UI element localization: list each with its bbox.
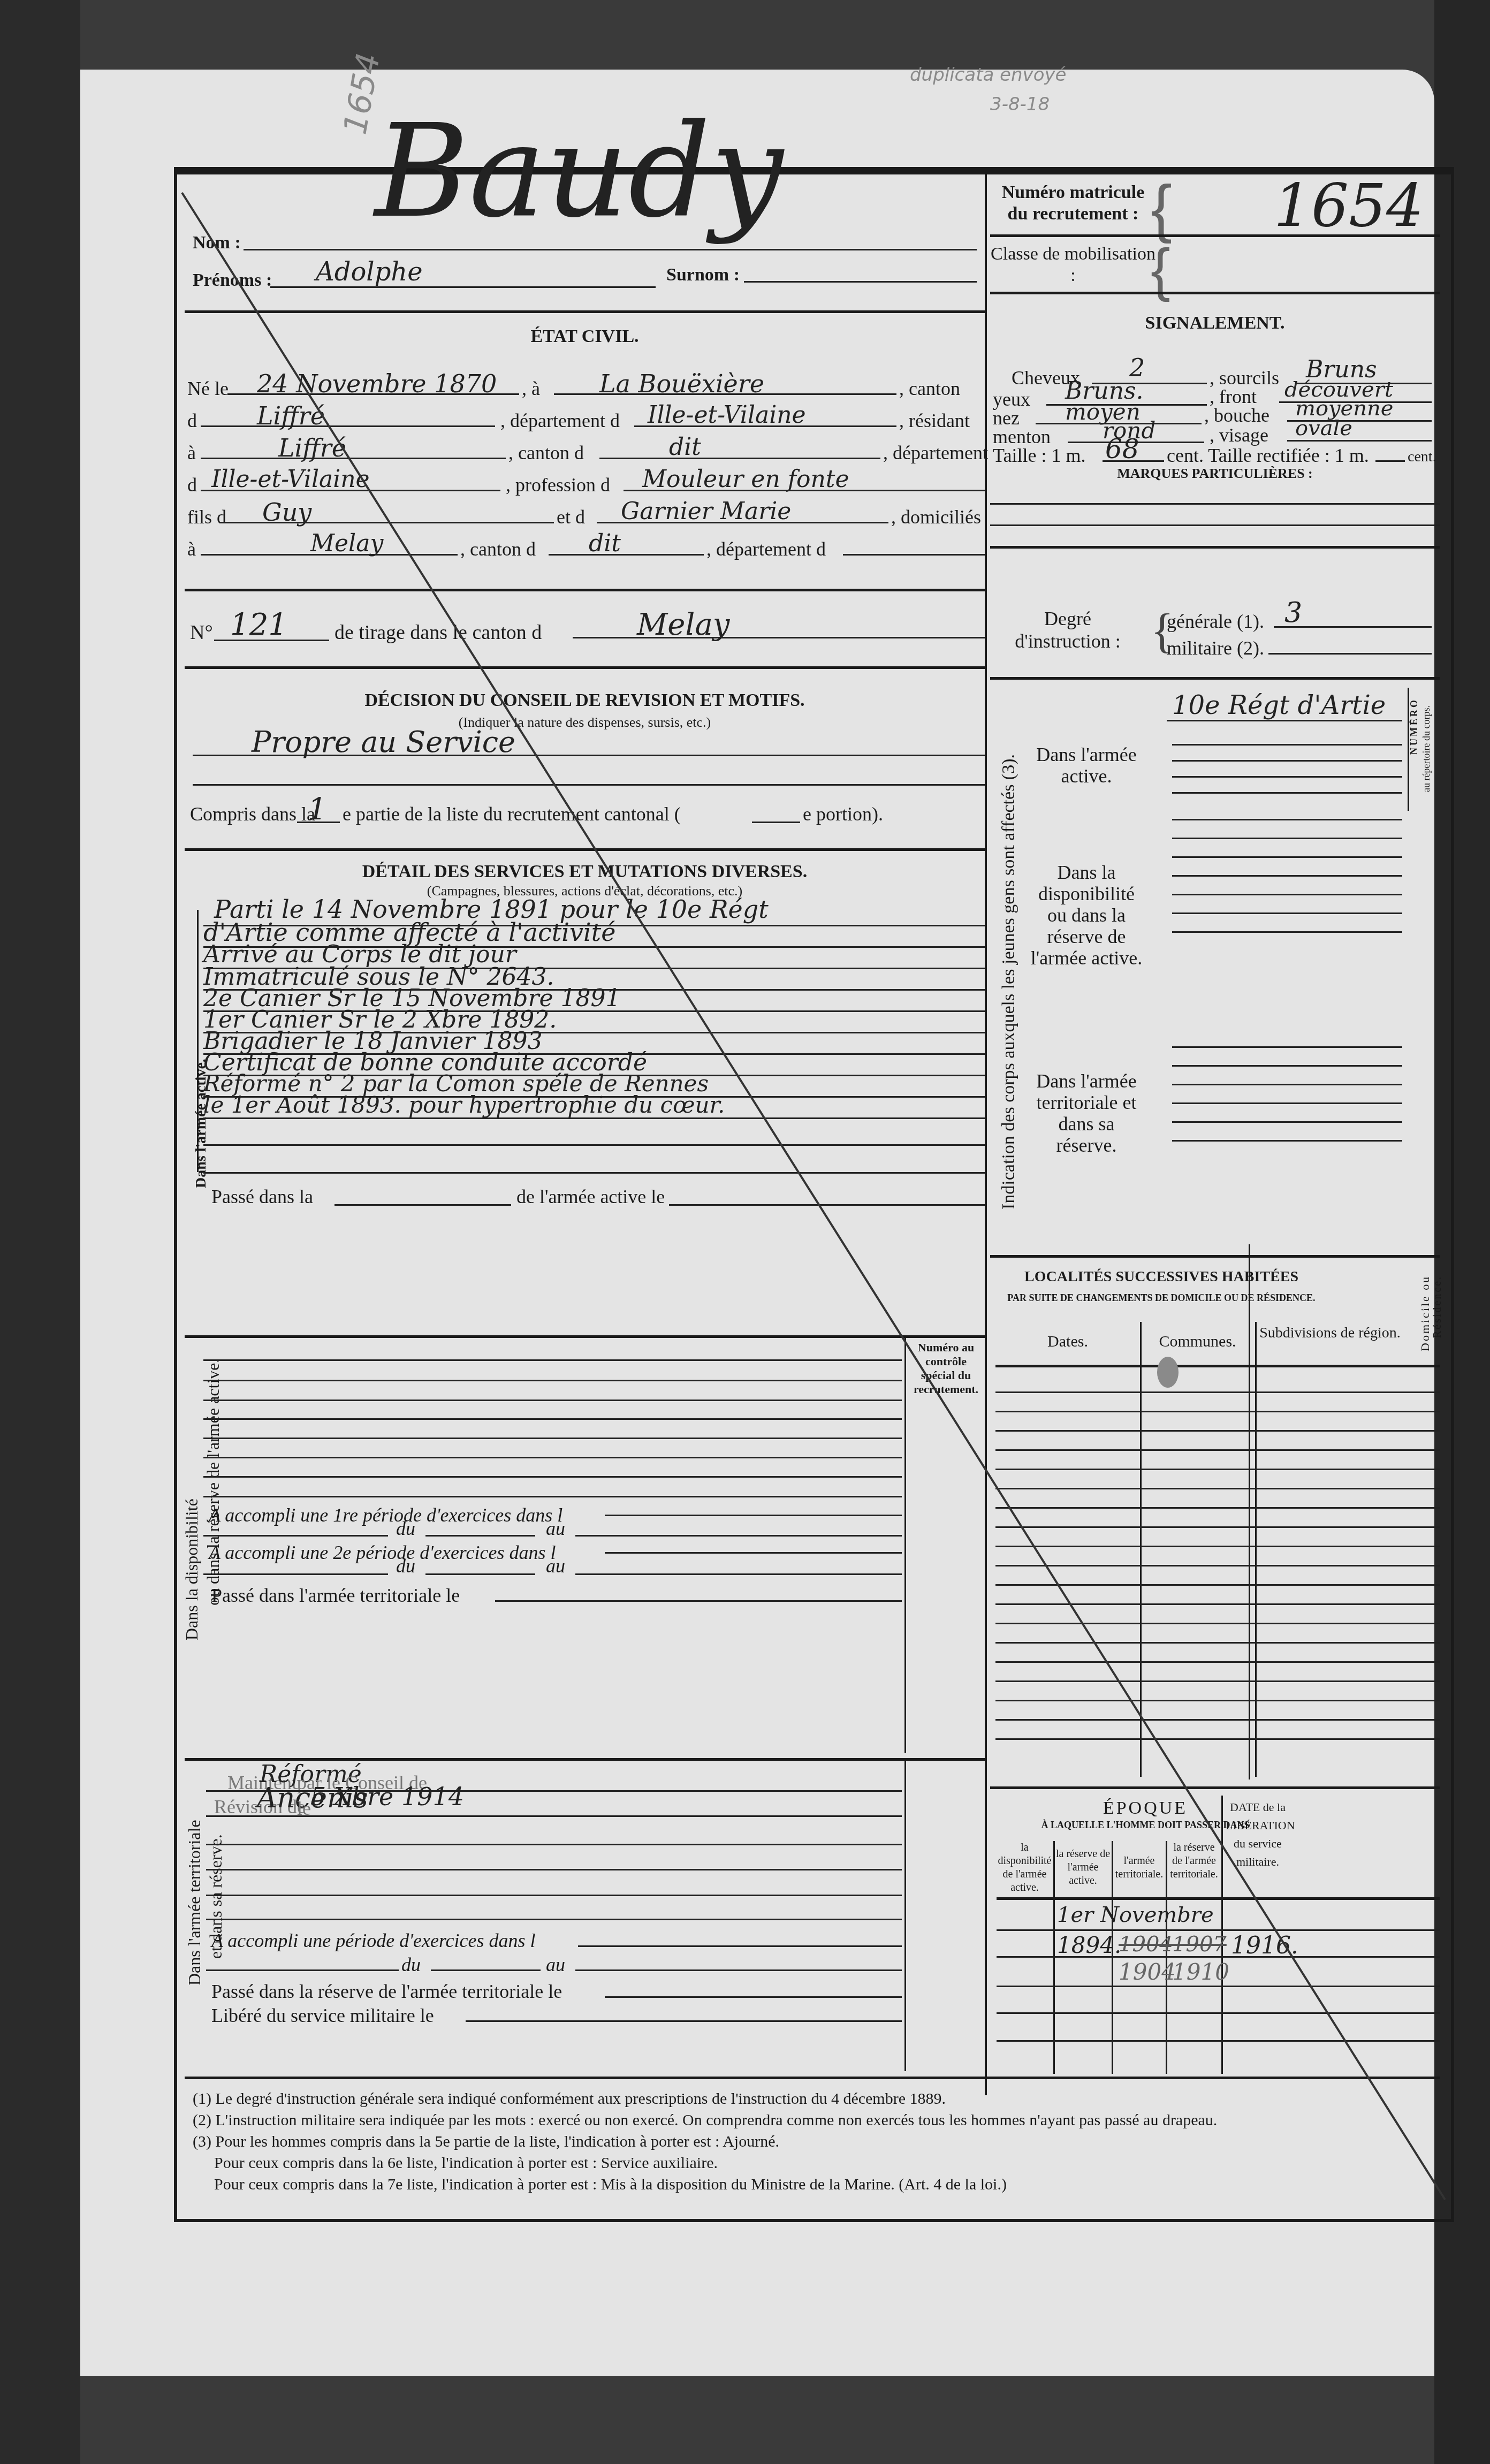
corps-rule	[1172, 894, 1402, 895]
residant-line	[201, 458, 506, 459]
taille-value: 68	[1105, 434, 1139, 465]
corps-group-value: 10e Régt d'Artie	[1172, 690, 1386, 720]
dispo-rule	[203, 1418, 902, 1420]
nom-value: Baudy	[375, 96, 783, 246]
section-divider	[185, 1335, 985, 1338]
domicile-label: Domicile ou	[1418, 1275, 1432, 1351]
residence-label: Résidence.	[1432, 1275, 1444, 1338]
territoriale-rule	[206, 1919, 902, 1920]
departement2-label: , département	[883, 442, 988, 464]
epoque-liberation-value: 1916.	[1231, 1932, 1298, 1959]
libere-line	[466, 2020, 902, 2022]
margin-note-date: 3-8-18	[990, 94, 1050, 115]
residant-label: , résidant	[899, 409, 970, 432]
disponibilite-side-label-2: ou dans la réserve de l'armée active.	[203, 1358, 223, 1606]
corps-group-label: Dans l'armée active.	[1028, 744, 1145, 787]
localites-row-rule	[995, 1469, 1440, 1470]
epoque-row-rule	[997, 1929, 1440, 1931]
passe-reserve-line	[605, 1996, 902, 1998]
tirage-canton-label: de tirage dans le canton d	[335, 621, 542, 644]
canton-du-line	[599, 458, 880, 459]
section-divider	[990, 546, 1440, 549]
dispo-rule	[203, 1359, 902, 1361]
marques-title: MARQUES PARTICULIÈRES :	[990, 466, 1440, 482]
departement2-d-label: d	[187, 474, 197, 496]
localites-row-rule	[995, 1584, 1440, 1586]
domicilies-label: , domiciliés	[891, 506, 981, 528]
canton-line	[201, 425, 495, 427]
dispo-rule	[203, 1438, 902, 1439]
localites-subtitle: PAR SUITE DE CHANGEMENTS DE DOMICILE OU …	[995, 1292, 1327, 1304]
epoque-territoriale-value: 1904	[1119, 1959, 1176, 1985]
generale-label: générale (1).	[1167, 610, 1264, 633]
compris-label: Compris dans la	[190, 803, 315, 825]
tirage-no-label: N°	[190, 621, 213, 644]
localites-row-rule	[995, 1565, 1440, 1566]
ink-stain	[1157, 1357, 1179, 1388]
profession-label: , profession d	[506, 474, 610, 496]
canton-du-label: , canton d	[508, 442, 584, 464]
footnote: (1) Le degré d'instruction générale sera…	[193, 2090, 946, 2108]
passe-label: Passé dans la	[211, 1185, 313, 1208]
corps-rule	[1172, 1140, 1402, 1142]
mere-value: Garnier Marie	[621, 498, 791, 525]
libere-label: Libéré du service militaire le	[211, 2004, 434, 2027]
localites-row-rule	[995, 1642, 1440, 1644]
corps-rule	[1172, 776, 1402, 778]
localites-row-rule	[995, 1526, 1440, 1528]
canton-du-value: dit	[669, 434, 701, 461]
epoque-reserve-active-value: 1894.	[1057, 1932, 1121, 1958]
du-label: du	[396, 1517, 415, 1540]
localites-row-rule	[995, 1700, 1440, 1701]
column-divider	[904, 1761, 906, 2071]
dispo-rule	[203, 1457, 902, 1458]
service-rule	[203, 1172, 985, 1174]
degre-label: Degré d'instruction :	[1006, 607, 1129, 652]
corps-numero-label: NUMÉRO	[1409, 698, 1420, 755]
territoriale-side-label-1: Dans l'armée territoriale	[185, 1820, 204, 1986]
au-line	[575, 1573, 902, 1575]
numero-matricule-label: Numéro matricule du recrutement :	[990, 182, 1156, 225]
corps-rule	[1172, 1102, 1402, 1104]
taille-label: Taille : 1 m.	[993, 444, 1085, 467]
surnom-line	[744, 281, 977, 283]
localites-row-rule	[995, 1719, 1440, 1721]
epoque-header-rule	[997, 1897, 1440, 1900]
epoque-row-rule	[997, 2040, 1440, 2042]
service-rule	[203, 1117, 985, 1119]
decision-title: DÉCISION DU CONSEIL DE REVISION ET MOTIF…	[185, 690, 985, 711]
numero-controle-label: Numéro au contrôle spécial du recrutemen…	[907, 1341, 985, 1396]
militaire-label: militaire (2).	[1167, 637, 1264, 659]
dispo-rule	[203, 1476, 902, 1478]
territoriale-rule	[206, 1895, 902, 1896]
section-divider	[185, 310, 985, 313]
section-divider	[990, 1786, 1440, 1789]
corps-group-label: Dans la disponibilité ou dans la réserve…	[1028, 862, 1145, 969]
a-value: La Bouëxière	[599, 369, 764, 398]
corps-rule	[1172, 1065, 1402, 1067]
corps-rule	[1172, 819, 1402, 820]
tirage-canton-line	[573, 637, 985, 638]
epoque-column-disponibilite: la disponibilité de l'armée active.	[997, 1841, 1053, 1895]
corps-rule	[1172, 931, 1402, 933]
localites-column-communes: Communes.	[1140, 1333, 1255, 1351]
visage-value: ovale	[1295, 416, 1352, 440]
prenoms-label: Prénoms :	[193, 270, 272, 291]
periode1-label: A accompli une 1re période d'exercices d…	[209, 1504, 562, 1526]
service-line: le 1er Août 1893. pour hypertrophie du c…	[203, 1092, 725, 1118]
militaire-line	[1268, 653, 1432, 655]
domicile-departement-label: , département d	[706, 538, 826, 560]
margin-note-duplicata: duplicata envoyé	[910, 64, 1067, 86]
corps-rule	[1172, 912, 1402, 914]
epoque-row-rule	[997, 2012, 1440, 2014]
taille-rectifiee-label: cent. Taille rectifiée : 1 m.	[1167, 444, 1369, 467]
localites-row-rule	[995, 1411, 1440, 1412]
footnote: Pour ceux compris dans la 7e liste, l'in…	[214, 2176, 1007, 2194]
domicile-canton-line	[549, 554, 704, 556]
domicile-a-label: à	[187, 538, 196, 560]
column-divider	[1255, 1322, 1257, 1777]
marques-line	[990, 503, 1440, 505]
d-label: d	[187, 409, 197, 432]
nom-label: Nom :	[193, 233, 241, 253]
passe-date-line	[669, 1204, 985, 1206]
du-line	[425, 1573, 535, 1575]
profession-value: Mouleur en fonte	[642, 466, 849, 493]
cent-label: cent.	[1408, 448, 1436, 466]
corps-rule	[1172, 875, 1402, 877]
revision-date: 5 Xbre 1914	[310, 1782, 464, 1811]
service-rule	[203, 1144, 985, 1146]
domicile-canton-value: dit	[589, 530, 621, 557]
epoque-column-reserve-active: la réserve de l'armée active.	[1055, 1847, 1111, 1888]
au-line	[575, 1969, 902, 1971]
passe-suffix: de l'armée active le	[516, 1185, 665, 1208]
periode2-label: A accompli une 2e période d'exercices da…	[209, 1541, 556, 1564]
departement-value: Ille-et-Vilaine	[648, 401, 806, 429]
dispo-rule	[203, 1496, 902, 1497]
residant-a-label: à	[187, 442, 196, 464]
canton-label: , canton	[899, 377, 960, 400]
epoque-row-rule	[997, 1986, 1440, 1987]
ne-le-value: 24 Novembre 1870	[257, 369, 497, 398]
ne-le-label: Né le	[187, 377, 229, 400]
prenoms-value: Adolphe	[316, 257, 423, 287]
corps-rule	[1172, 792, 1402, 794]
passe-line	[335, 1204, 511, 1206]
periode1-line	[605, 1515, 902, 1516]
au-label: au	[546, 1517, 565, 1540]
disponibilite-side-label-1: Dans la disponibilité	[182, 1499, 202, 1640]
epoque-column-reserve-territoriale: la réserve de l'armée territoriale.	[1167, 1841, 1221, 1881]
localites-row-rule	[995, 1623, 1440, 1624]
territoriale-periode-line	[578, 1945, 902, 1947]
du-label: du	[401, 1953, 421, 1976]
epoque-entry-prefix: 1er Novembre	[1057, 1903, 1214, 1927]
corps-group-label: Dans l'armée territoriale et dans sa rés…	[1028, 1070, 1145, 1156]
du-line	[425, 1535, 535, 1537]
dispo-rule	[203, 1400, 902, 1401]
localites-title: LOCALITÉS SUCCESSIVES HABITÉES	[995, 1268, 1327, 1286]
localites-row-rule	[995, 1603, 1440, 1605]
section-divider	[185, 848, 985, 851]
date-liberation-label: DATE de la LIBÉRATION du service militai…	[1226, 1798, 1290, 1871]
departement2-value: Ille-et-Vilaine	[211, 466, 370, 493]
bouche-label: , bouche	[1204, 404, 1269, 427]
corps-rule	[1172, 856, 1402, 858]
au-label: au	[546, 1953, 565, 1976]
a-label: , à	[522, 377, 540, 400]
section-divider	[185, 589, 985, 591]
epoque-row-rule	[997, 1956, 1440, 1958]
visage-label: , visage	[1210, 424, 1268, 446]
tirage-no-value: 121	[230, 607, 287, 642]
portion-line	[752, 822, 800, 823]
column-divider	[1140, 1322, 1142, 1777]
decision-line	[193, 784, 985, 786]
localites-row-rule	[995, 1449, 1440, 1451]
signalement-title: SIGNALEMENT.	[990, 313, 1440, 333]
localites-row-rule	[995, 1488, 1440, 1489]
section-divider	[990, 234, 1440, 237]
domicile-departement-line	[843, 554, 985, 556]
domicile-value: Melay	[310, 530, 383, 557]
localites-row-rule	[995, 1391, 1440, 1393]
corps-rule	[1172, 1046, 1402, 1048]
services-title: DÉTAIL DES SERVICES ET MUTATIONS DIVERSE…	[185, 862, 985, 882]
portion-suffix: e portion).	[803, 803, 883, 825]
column-divider	[1249, 1244, 1250, 1779]
canton-value: Liffré	[257, 401, 325, 430]
fils-de-label: fils d	[187, 506, 226, 528]
domicile-canton-label: , canton d	[460, 538, 536, 560]
localites-row-rule	[995, 1680, 1440, 1682]
bracket-icon	[197, 910, 199, 1172]
epoque-reserve-territoriale-value: 1910	[1172, 1959, 1229, 1985]
corps-side-label: Indication des corps auxquels les jeunes…	[999, 754, 1019, 1210]
localites-row-rule	[995, 1507, 1440, 1509]
section-divider	[990, 677, 1440, 680]
corps-rule	[1172, 1084, 1402, 1085]
et-de-label: et d	[557, 506, 585, 528]
section-divider	[990, 292, 1440, 294]
tirage-canton-value: Melay	[637, 607, 729, 642]
section-divider	[185, 666, 985, 669]
localites-row-rule	[995, 1738, 1440, 1740]
territoriale-periode-label: A accompli une période d'exercices dans …	[211, 1929, 536, 1952]
compris-suffix: e partie de la liste du recrutement cant…	[343, 803, 681, 825]
taille-rectifiee-line	[1375, 460, 1405, 462]
corps-rule	[1172, 744, 1402, 746]
corps-rule	[1167, 720, 1402, 721]
periode1-line	[203, 1535, 388, 1537]
section-divider	[185, 2077, 1440, 2079]
epoque-territoriale-struck: 1904	[1119, 1932, 1173, 1957]
decision-line	[193, 755, 985, 756]
pere-value: Guy	[262, 498, 311, 527]
dispo-rule	[203, 1380, 902, 1381]
epoque-reserve-territoriale-struck: 1907	[1172, 1932, 1227, 1957]
au-line	[575, 1535, 902, 1537]
passe-territoriale-line	[495, 1600, 902, 1602]
territoriale-rule	[206, 1844, 902, 1845]
epoque-column-territoriale: l'armée territoriale.	[1113, 1854, 1165, 1881]
periode2-line	[605, 1552, 902, 1554]
localites-row-rule	[995, 1661, 1440, 1663]
marques-line	[990, 524, 1440, 526]
etat-civil-title: ÉTAT CIVIL.	[185, 326, 985, 347]
du-label: du	[396, 1555, 415, 1577]
classe-label: Classe de mobilisation :	[990, 244, 1156, 286]
numero-matricule-value: 1654	[1274, 171, 1424, 240]
passe-reserve-label: Passé dans la réserve de l'armée territo…	[211, 1980, 562, 2003]
localites-row-rule	[995, 1430, 1440, 1432]
nom-line	[244, 249, 977, 250]
residant-value: Liffré	[278, 434, 346, 462]
column-divider	[904, 1335, 906, 1753]
corps-rule	[1172, 838, 1402, 839]
corps-rule	[1172, 1121, 1402, 1123]
footnote: (3) Pour les hommes compris dans la 5e p…	[193, 2133, 779, 2151]
territoriale-rule	[206, 1815, 902, 1817]
passe-territoriale-label: Passé dans l'armée territoriale le	[211, 1584, 460, 1607]
du-line	[431, 1969, 541, 1971]
footnote: Pour ceux compris dans la 6e liste, l'in…	[214, 2154, 718, 2172]
territoriale-rule	[206, 1869, 902, 1870]
decision-value: Propre au Service	[252, 725, 515, 759]
localites-row-rule	[995, 1546, 1440, 1547]
localites-column-dates: Dates.	[995, 1333, 1140, 1351]
au-label: au	[546, 1555, 565, 1577]
section-divider	[990, 1255, 1440, 1258]
localites-header-rule	[995, 1365, 1440, 1367]
corps-rule	[1172, 760, 1402, 762]
generale-value: 3	[1284, 597, 1302, 629]
corps-repertoire-label: au répertoire du corps.	[1421, 705, 1432, 792]
localites-column-subdivisions: Subdivisions de région.	[1255, 1325, 1405, 1342]
periode2-line	[203, 1573, 388, 1575]
surnom-label: Surnom :	[666, 265, 740, 285]
compris-value: 1	[308, 792, 327, 827]
territoriale-periode-line	[206, 1969, 399, 1971]
footnote: (2) L'instruction militaire sera indiqué…	[193, 2111, 1217, 2130]
book-binding	[0, 0, 80, 2464]
departement-label: , département d	[500, 409, 620, 432]
